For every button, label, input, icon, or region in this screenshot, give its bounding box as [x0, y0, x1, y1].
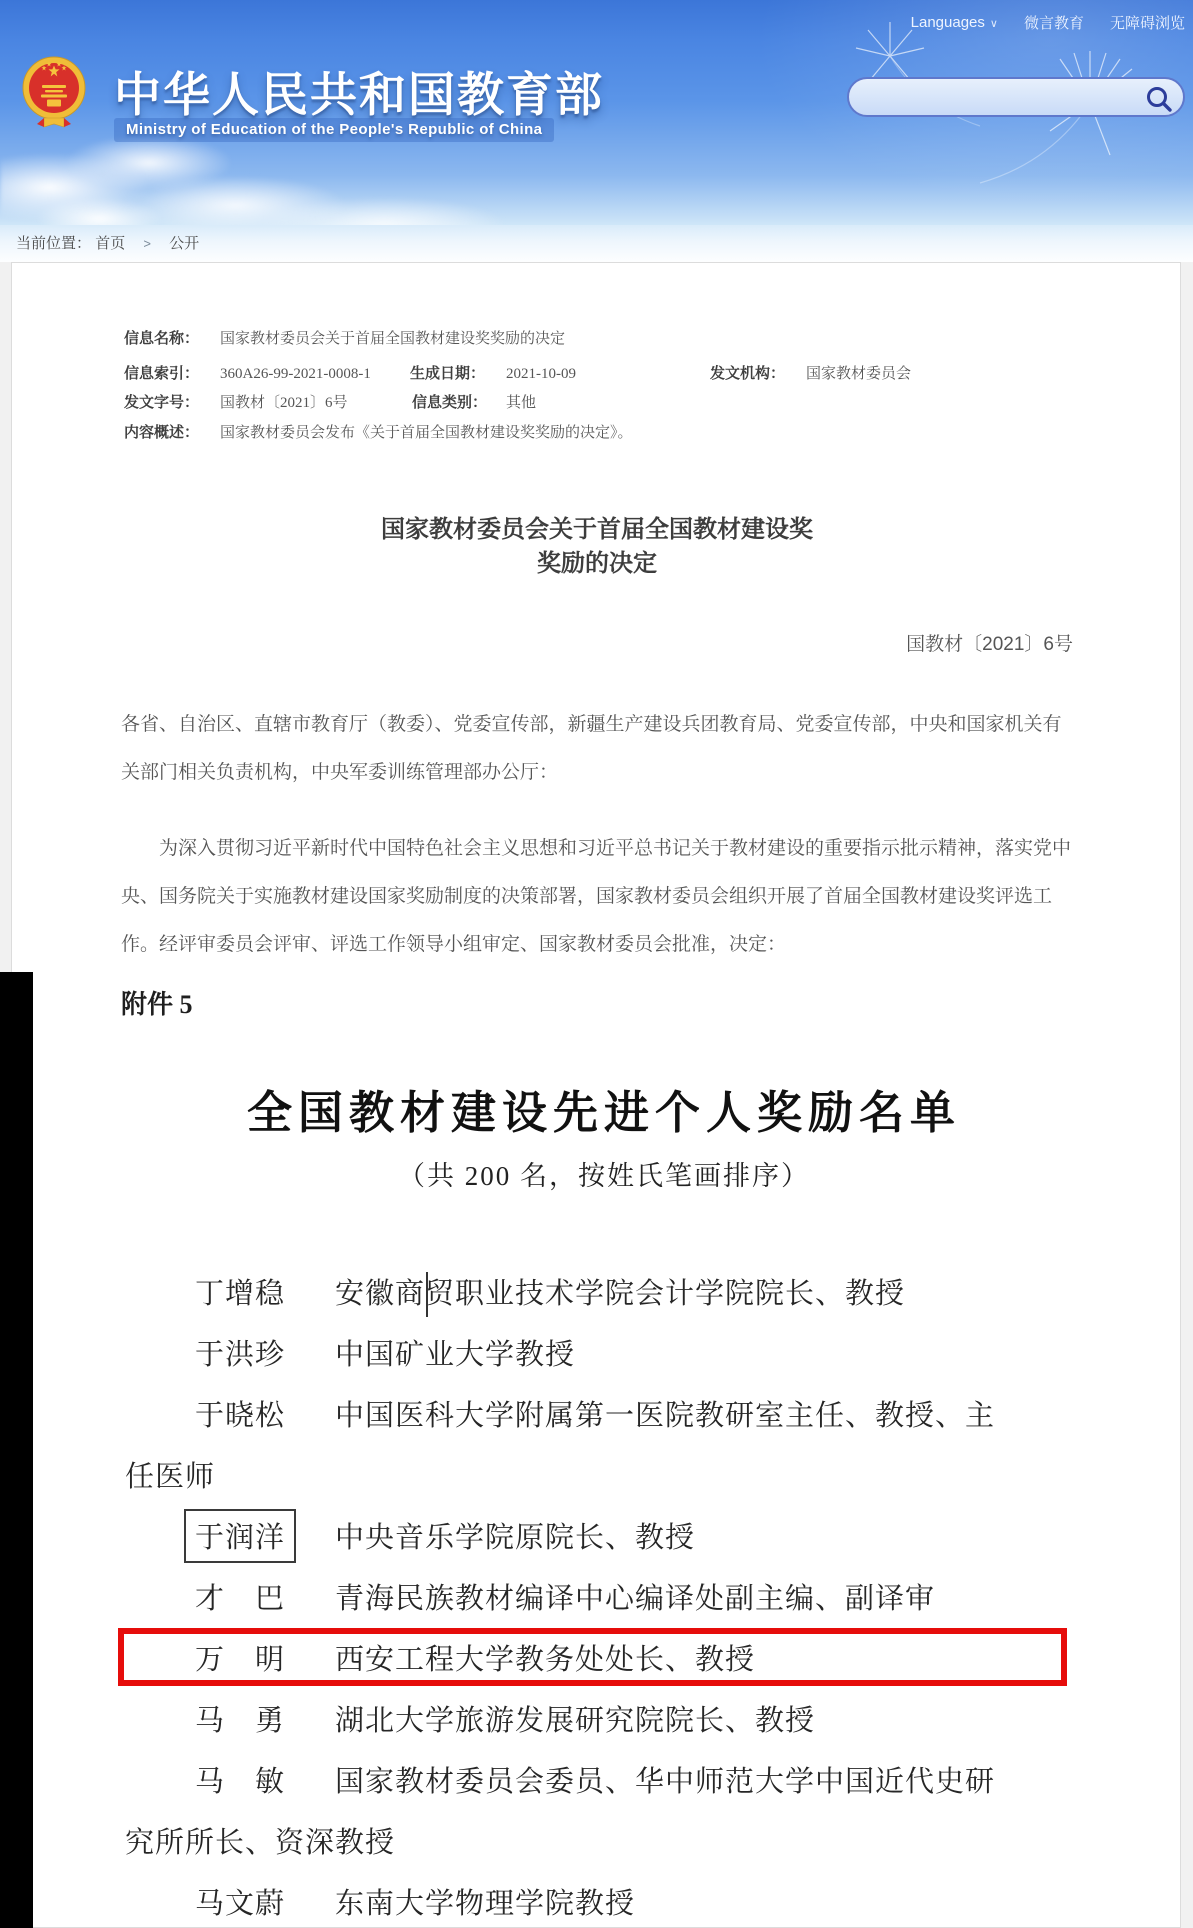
meta-type-value: 其他 [506, 393, 536, 413]
site-header: Languages∨ 微言教育 无障碍浏览 中华人民共和国教育部 Ministr… [0, 0, 1193, 225]
roster-position: 青海民族教材编译中心编译处副主编、副译审 [335, 1583, 935, 1615]
languages-menu[interactable]: Languages∨ [911, 14, 998, 31]
roster-position-continued: 任医师 [125, 1461, 215, 1493]
breadcrumb-separator: > [143, 236, 151, 251]
roster-name: 丁增稳 [195, 1264, 335, 1325]
document-paragraph-recipients: 各省、自治区、直辖市教育厅（教委）、党委宣传部，新疆生产建设兵团教育局、党委宣传… [121, 701, 1081, 797]
meta-type-label: 信息类别： [412, 393, 487, 413]
attachment-subtitle: （共 200 名，按姓氏笔画排序） [15, 1154, 1193, 1193]
breadcrumb-label: 当前位置： [16, 235, 91, 252]
roster-continuation-row: 究所所长、资深教授 [0, 1813, 1193, 1874]
meta-docno-value: 国教材〔2021〕6号 [220, 393, 348, 413]
text-line: 各省、自治区、直辖市教育厅（教委）、党委宣传部，新疆生产建设兵团教育局、党委宣传… [121, 701, 1081, 749]
meta-summary-label: 内容概述： [124, 423, 199, 443]
text-line: 央、国务院关于实施教材建设国家奖励制度的决策部署，国家教材委员会组织开展了首届全… [121, 873, 1081, 921]
roster-position-continued: 究所所长、资深教授 [125, 1827, 395, 1859]
meta-date-label: 生成日期： [410, 364, 485, 384]
roster-row: 丁增稳安徽商贸职业技术学院会计学院院长、教授 [0, 1264, 1193, 1325]
roster-name-text: 丁增稳 [195, 1278, 285, 1310]
roster-row: 万 明西安工程大学教务处处长、教授 [0, 1630, 1193, 1691]
search-input[interactable] [865, 83, 1139, 113]
roster-name: 马 勇 [195, 1691, 335, 1752]
document-paragraph-body: 为深入贯彻习近平新时代中国特色社会主义思想和习近平总书记关于教材建设的重要指示批… [121, 825, 1081, 969]
topbar-link-accessibility[interactable]: 无障碍浏览 [1110, 12, 1185, 33]
meta-index-label: 信息索引： [124, 364, 199, 384]
chevron-down-icon: ∨ [990, 18, 998, 30]
roster-name-text: 才 巴 [195, 1583, 285, 1615]
roster-name-boxed-text: 于润洋 [184, 1509, 296, 1563]
text-line: 关部门相关负责机构，中央军委训练管理部办公厅： [121, 749, 1081, 797]
meta-docno-label: 发文字号： [124, 393, 199, 413]
roster-name: 才 巴 [195, 1569, 335, 1630]
roster-row: 于晓松中国医科大学附属第一医院教研室主任、教授、主 [0, 1386, 1193, 1447]
breadcrumb-strip: 当前位置： 首页 > 公开 [0, 225, 1193, 262]
topbar-links: Languages∨ 微言教育 无障碍浏览 [911, 12, 1185, 33]
roster-name: 于洪珍 [195, 1325, 335, 1386]
breadcrumb-home-link[interactable]: 首页 [95, 235, 125, 252]
text-line: 奖励的决定 [121, 547, 1073, 581]
roster-name: 于晓松 [195, 1386, 335, 1447]
roster-name-text: 马文蔚 [195, 1888, 285, 1920]
roster-position: 湖北大学旅游发展研究院院长、教授 [335, 1705, 815, 1737]
meta-org-value: 国家教材委员会 [806, 364, 911, 384]
search-box [847, 77, 1185, 117]
roster-name-text: 马 勇 [195, 1705, 285, 1737]
text-line: 作。经评审委员会评审、评选工作领导小组审定、国家教材委员会批准，决定： [121, 921, 1081, 969]
roster-name-text: 于洪珍 [195, 1339, 285, 1371]
roster-row: 才 巴青海民族教材编译中心编译处副主编、副译审 [0, 1569, 1193, 1630]
roster-name: 马文蔚 [195, 1874, 335, 1928]
meta-date-value: 2021-10-09 [506, 364, 576, 384]
roster-row: 于润洋中央音乐学院原院长、教授 [0, 1508, 1193, 1569]
roster-position: 安徽商贸职业技术学院会计学院院长、教授 [335, 1278, 905, 1310]
meta-name-value: 国家教材委员会关于首届全国教材建设奖奖励的决定 [220, 329, 565, 349]
roster-row: 马 勇湖北大学旅游发展研究院院长、教授 [0, 1691, 1193, 1752]
attachment-label: 附件 5 [121, 984, 193, 1021]
text-line: 为深入贯彻习近平新时代中国特色社会主义思想和习近平总书记关于教材建设的重要指示批… [121, 825, 1081, 873]
meta-index-value: 360A26-99-2021-0008-1 [220, 364, 371, 384]
meta-org-label: 发文机构： [710, 364, 785, 384]
roster-position: 中国医科大学附属第一医院教研室主任、教授、主 [335, 1400, 995, 1432]
roster-row: 于洪珍中国矿业大学教授 [0, 1325, 1193, 1386]
roster-position: 中国矿业大学教授 [335, 1339, 575, 1371]
site-title: 中华人民共和国教育部 [114, 58, 604, 125]
breadcrumb: 当前位置： 首页 > 公开 [16, 225, 199, 262]
site-subtitle-english: Ministry of Education of the People's Re… [114, 118, 554, 142]
roster-row: 马 敏国家教材委员会委员、华中师范大学中国近代史研 [0, 1752, 1193, 1813]
roster-name: 马 敏 [195, 1752, 335, 1813]
scan-artifact-line [426, 1272, 428, 1317]
highlight-red-box [118, 1628, 1067, 1686]
roster-position: 国家教材委员会委员、华中师范大学中国近代史研 [335, 1766, 995, 1798]
document-number: 国教材〔2021〕6号 [121, 629, 1073, 656]
breadcrumb-gongkai-link[interactable]: 公开 [169, 235, 199, 252]
text-line: 国家教材委员会关于首届全国教材建设奖 [121, 513, 1073, 547]
roster-continuation-row: 任医师 [0, 1447, 1193, 1508]
national-emblem-icon [21, 54, 87, 136]
meta-summary-value: 国家教材委员会发布《关于首届全国教材建设奖奖励的决定》。 [220, 423, 633, 443]
meta-name-label: 信息名称： [124, 329, 199, 349]
attachment-title: 全国教材建设先进个人奖励名单 [15, 1076, 1193, 1141]
topbar-link-weiyan[interactable]: 微言教育 [1024, 12, 1084, 33]
roster-row: 马文蔚东南大学物理学院教授 [0, 1874, 1193, 1928]
roster-position: 东南大学物理学院教授 [335, 1888, 635, 1920]
roster-name-text: 于晓松 [195, 1400, 285, 1432]
awardee-roster: 丁增稳安徽商贸职业技术学院会计学院院长、教授于洪珍中国矿业大学教授于晓松中国医科… [0, 1264, 1193, 1928]
search-icon[interactable] [1144, 84, 1174, 114]
document-title: 国家教材委员会关于首届全国教材建设奖奖励的决定 [121, 513, 1073, 581]
roster-name-text: 马 敏 [195, 1766, 285, 1798]
roster-name: 于润洋 [195, 1508, 335, 1569]
roster-position: 中央音乐学院原院长、教授 [335, 1522, 695, 1554]
